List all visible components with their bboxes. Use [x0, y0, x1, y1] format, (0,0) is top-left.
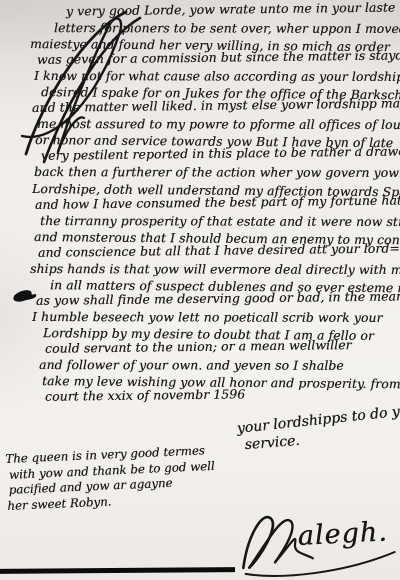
date-line: court the xxix of novembr 1596 — [28, 385, 400, 406]
manuscript-line: the tirranny prosperity of that estate a… — [28, 213, 400, 230]
manuscript-line: ships hands is that yow will evermore de… — [28, 261, 400, 278]
manuscript-line: y very good Lorde, yow wrate unto me in … — [28, 0, 400, 20]
scan-edge-artifact — [0, 567, 235, 574]
manuscript-line: and the matter well liked. in myst else … — [28, 96, 400, 117]
closing: your lordshipps to do yow service. — [236, 402, 400, 458]
manuscript-line: very pestilent reported in this place to… — [28, 144, 400, 165]
postscript: The queen is in very good termes with yo… — [5, 444, 193, 514]
signature: alegh. — [234, 498, 400, 580]
signature-text: alegh. — [297, 516, 388, 552]
manuscript-line: me most assured to my powre to pforme al… — [28, 116, 400, 133]
letter-body: y very good Lorde, yow wrate unto me in … — [28, 4, 400, 405]
manuscript-line: I know not for what cause also according… — [28, 68, 400, 85]
manuscript-line: was geven for a commission but since the… — [28, 48, 400, 69]
manuscript-line: could servant to the union; or a mean we… — [28, 336, 400, 357]
manuscript-line: letters for pioners to be sent over, whe… — [28, 20, 400, 37]
manuscript-line: back then a furtherer of the action wher… — [28, 164, 400, 181]
manuscript-line: I humble beseech yow lett no poeticall s… — [28, 309, 400, 326]
manuscript-line: as yow shall finde me deserving good or … — [28, 288, 400, 309]
scanned-letter-page: y very good Lorde, yow wrate unto me in … — [0, 0, 400, 580]
manuscript-line: and follower of your own. and yeven so I… — [28, 357, 400, 374]
